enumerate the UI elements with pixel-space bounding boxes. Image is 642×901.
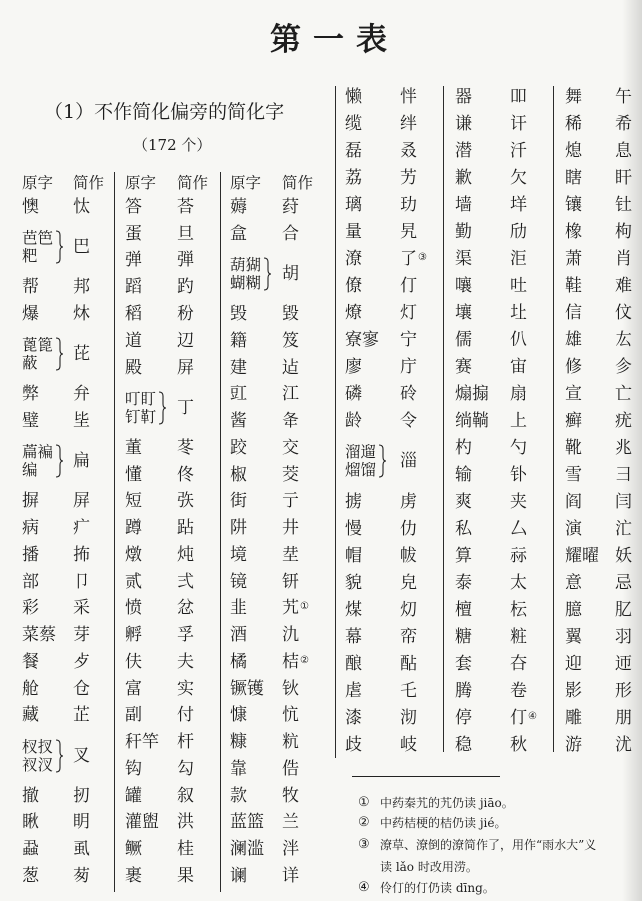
original-chars: 芭笆 — [22, 229, 53, 247]
simplified-char: 宁 — [400, 330, 417, 350]
simplified-char: 趵 — [177, 277, 194, 297]
page-title: 第一表 — [270, 20, 399, 60]
original-char: 靴 — [565, 438, 582, 458]
simplified-char: 桂 — [177, 839, 194, 859]
original-char: 殿 — [125, 358, 142, 378]
simplified-char: 垟 — [510, 195, 527, 215]
simplified-char: 坒 — [73, 411, 90, 431]
original-char: 癣 — [565, 411, 582, 431]
original-char: 渠 — [455, 249, 472, 269]
footnote-text: 读 lǎo 时改用涝。 — [380, 859, 478, 875]
original-chars: 钉靪 — [125, 408, 156, 426]
original-char: 稻 — [125, 304, 142, 324]
simplified-char: 弾 — [177, 250, 194, 270]
original-char: 器 — [455, 87, 472, 107]
original-chars: 杈扠 — [22, 738, 53, 756]
original-char: 燎 — [345, 303, 362, 323]
original-char: 钩 — [125, 759, 142, 779]
original-char: 舞 — [565, 87, 582, 107]
simplified-char: 胡 — [282, 264, 299, 284]
footnote-mark: ② — [300, 655, 309, 666]
simplified-char-text: 艽 — [282, 598, 299, 618]
original-char: 迎 — [565, 654, 582, 674]
simplified-char: 勾 — [177, 759, 194, 779]
original-char: 蝨 — [22, 839, 39, 859]
original-char: 潦 — [345, 249, 362, 269]
simplified-char: 太 — [510, 573, 527, 593]
original-char: 部 — [22, 572, 39, 592]
brace-icon — [158, 391, 167, 425]
footnote-text: 伶仃的仃仍读 dīng。 — [380, 880, 495, 896]
original-char: 罐 — [125, 786, 142, 806]
original-char: 雄 — [565, 330, 582, 350]
simplified-char: 扨 — [73, 786, 90, 806]
original-char: 演 — [565, 519, 582, 539]
simplified-char: 肖 — [615, 249, 632, 269]
original-char: 赛 — [455, 357, 472, 377]
simplified-char: 沋 — [615, 735, 632, 755]
simplified-char: 辺 — [177, 331, 194, 351]
original-char: 谰 — [230, 866, 247, 886]
simplified-char: 芷 — [73, 705, 90, 725]
original-char: 输 — [455, 465, 472, 485]
simplified-char: 果 — [177, 866, 194, 886]
brace-icon — [55, 337, 64, 371]
original-char: 壤 — [455, 303, 472, 323]
original-chars: 蓖篦 — [22, 336, 53, 354]
original-char: 燉 — [125, 545, 142, 565]
original-char: 掳 — [345, 492, 362, 512]
simplified-char: 合 — [282, 224, 299, 244]
original-chars: 溜遛 — [345, 443, 376, 461]
original-char: 籍 — [230, 331, 247, 351]
simplified-char: 井 — [282, 518, 299, 538]
column-divider — [553, 86, 554, 752]
simplified-char: 夻 — [510, 654, 527, 674]
simplified-char: 杆 — [177, 732, 194, 752]
simplified-char: 夹 — [510, 492, 527, 512]
original-char: 贰 — [125, 572, 142, 592]
original-chars: 叮盯 — [125, 390, 156, 408]
simplified-char: 虱 — [73, 839, 90, 859]
simplified-char: 枸 — [615, 222, 632, 242]
original-char: 富 — [125, 679, 142, 699]
simplified-char: 茭 — [282, 465, 299, 485]
original-char: 瞎 — [565, 168, 582, 188]
footnote-mark: ④ — [528, 711, 537, 722]
original-char: 爽 — [455, 492, 472, 512]
simplified-char: 洰 — [510, 249, 527, 269]
header-simplified-3: 简作 — [282, 173, 313, 193]
footnote-text: 中药秦艽的艽仍读 jiāo。 — [380, 795, 514, 811]
original-char: 摒 — [22, 491, 39, 511]
original-char: 愤 — [125, 598, 142, 618]
simplified-char: 上 — [510, 411, 527, 431]
original-char: 懂 — [125, 465, 142, 485]
original-char: 萧 — [565, 249, 582, 269]
simplified-char: 怑 — [400, 87, 417, 107]
original-chars: 葫猢 — [230, 256, 261, 274]
simplified-char: 亡 — [615, 384, 632, 404]
simplified-char: 庁 — [400, 357, 417, 377]
simplified-char: 宙 — [510, 357, 527, 377]
column-divider — [220, 172, 221, 892]
original-char: 龄 — [345, 411, 362, 431]
simplified-char: 苳 — [177, 438, 194, 458]
simplified-char: 皃 — [400, 573, 417, 593]
original-char: 蓝篮 — [230, 812, 264, 832]
original-char: 谦 — [455, 114, 472, 134]
simplified-char: 乇 — [400, 681, 417, 701]
header-simplified-2: 简作 — [177, 173, 208, 193]
simplified-char: 佟 — [177, 465, 194, 485]
simplified-char: 泮 — [282, 839, 299, 859]
simplified-char-text: 桔 — [282, 652, 299, 672]
original-char: 弊 — [22, 384, 39, 404]
simplified-char: 邦 — [73, 277, 90, 297]
original-char: 镶 — [565, 195, 582, 215]
original-char: 蹈 — [125, 277, 142, 297]
original-char: 漆 — [345, 708, 362, 728]
original-char: 雪 — [565, 465, 582, 485]
simplified-char: 吐 — [510, 276, 527, 296]
original-char: 阎 — [565, 492, 582, 512]
simplified-char: 卩 — [73, 572, 90, 592]
simplified-char: 闫 — [615, 492, 632, 512]
table-row-group: 叮盯钉靪丁 — [125, 390, 185, 426]
original-char: 璧 — [22, 411, 39, 431]
table-row-group: 杈扠衩汊叉 — [22, 738, 82, 774]
original-char: 建 — [230, 358, 247, 378]
original-char: 意 — [565, 573, 582, 593]
original-char: 璃 — [345, 195, 362, 215]
original-chars: 熘馏 — [345, 461, 376, 479]
simplified-char: 忼 — [282, 705, 299, 725]
table-row-group: 芭笆粑巴 — [22, 229, 82, 265]
simplified-char: 详 — [282, 866, 299, 886]
simplified-char: 迊 — [615, 654, 632, 674]
simplified-char: 夅 — [282, 411, 299, 431]
header-original-1: 原字 — [22, 173, 53, 193]
original-char: 杓 — [455, 438, 472, 458]
original-char: 葱 — [22, 866, 39, 886]
simplified-char: 巴 — [73, 237, 90, 257]
simplified-char: 欠 — [510, 168, 527, 188]
simplified-char: 仈 — [510, 330, 527, 350]
original-char: 帽 — [345, 546, 362, 566]
original-char: 藏 — [22, 705, 39, 725]
simplified-char: 坓 — [282, 545, 299, 565]
simplified-char: 忲 — [73, 197, 90, 217]
simplified-char: 帟 — [400, 627, 417, 647]
original-char: 橘 — [230, 652, 247, 672]
simplified-char: 玏 — [400, 195, 417, 215]
simplified-char: 芽 — [73, 625, 90, 645]
simplified-char: 岐 — [400, 735, 417, 755]
brace-icon — [55, 230, 64, 264]
original-char: 灌盥 — [125, 812, 159, 832]
original-char: 阱 — [230, 518, 247, 538]
simplified-char: 亍 — [282, 491, 299, 511]
original-char: 道 — [125, 331, 142, 351]
simplified-char: 羽 — [615, 627, 632, 647]
footnote-marker: ① — [358, 795, 370, 811]
original-char: 绱鞝 — [455, 411, 489, 431]
simplified-char: 息 — [615, 141, 632, 161]
footnote-rule — [352, 776, 500, 777]
simplified-char: 秎 — [177, 304, 194, 324]
simplified-char: 圵 — [510, 303, 527, 323]
footnote-marker: ② — [358, 815, 370, 831]
original-char: 答 — [125, 197, 142, 217]
original-char: 境 — [230, 545, 247, 565]
original-char: 嚷 — [455, 276, 472, 296]
original-char: 酿 — [345, 654, 362, 674]
simplified-char: 氿 — [282, 625, 299, 645]
simplified-char: 炑 — [73, 304, 90, 324]
simplified-char: 艽① — [282, 598, 309, 621]
original-char: 澜滥 — [230, 839, 264, 859]
simplified-char: 盰 — [615, 168, 632, 188]
simplified-char: 难 — [615, 276, 632, 296]
original-char: 寮寥 — [345, 330, 379, 350]
original-char: 慷 — [230, 705, 247, 725]
original-char: 歧 — [345, 735, 362, 755]
simplified-char: 粧 — [510, 627, 527, 647]
simplified-char: 钘 — [282, 572, 299, 592]
original-char: 餐 — [22, 652, 39, 672]
original-char: 镜 — [230, 572, 247, 592]
original-char: 薅 — [230, 197, 247, 217]
column-divider — [114, 172, 115, 892]
simplified-char: 午 — [615, 87, 632, 107]
simplified-char: 抪 — [73, 545, 90, 565]
original-char: 虐 — [345, 681, 362, 701]
simplified-char: 矤 — [177, 491, 194, 511]
simplified-char: 旦 — [177, 224, 194, 244]
column-divider — [335, 86, 336, 758]
original-char: 慢 — [345, 519, 362, 539]
simplified-char: 妖 — [615, 546, 632, 566]
simplified-char: 伩 — [615, 303, 632, 323]
simplified-char: 劤 — [510, 222, 527, 242]
simplified-char: 仃 — [400, 276, 417, 296]
original-char: 幕 — [345, 627, 362, 647]
simplified-char: 艻 — [400, 168, 417, 188]
simplified-char: 仃④ — [510, 708, 537, 731]
original-char: 私 — [455, 519, 472, 539]
original-chars: 编 — [22, 461, 38, 479]
original-chars: 粑 — [22, 247, 38, 265]
original-char: 靠 — [230, 759, 247, 779]
simplified-char: 交 — [282, 438, 299, 458]
original-char: 儒 — [455, 330, 472, 350]
original-char: 影 — [565, 681, 582, 701]
original-char: 街 — [230, 491, 247, 511]
table-row-group: 蓖篦蔽芘 — [22, 336, 82, 372]
simplified-char: 忿 — [177, 598, 194, 618]
header-original-3: 原字 — [230, 173, 261, 193]
simplified-char: 仓 — [73, 679, 90, 699]
simplified-char: 讦 — [510, 114, 527, 134]
simplified-char: 桔② — [282, 652, 309, 675]
original-char: 檀 — [455, 600, 472, 620]
original-chars: 蔽 — [22, 354, 38, 372]
original-char: 墙 — [455, 195, 472, 215]
simplified-char: 忌 — [615, 573, 632, 593]
simplified-char: 枟 — [510, 600, 527, 620]
original-char: 裹 — [125, 866, 142, 886]
original-char: 播 — [22, 545, 39, 565]
simplified-char: 俈 — [282, 759, 299, 779]
original-char: 煽搧 — [455, 384, 489, 404]
simplified-char: 厷 — [615, 330, 632, 350]
original-char: 游 — [565, 735, 582, 755]
original-char: 椒 — [230, 465, 247, 485]
column-divider — [443, 86, 444, 752]
simplified-char: 眀 — [73, 812, 90, 832]
header-original-2: 原字 — [125, 173, 156, 193]
original-char: 孵 — [125, 625, 142, 645]
original-char: 量 — [345, 222, 362, 242]
original-char: 耀曜 — [565, 546, 599, 566]
original-char: 豇 — [230, 384, 247, 404]
simplified-char: 炖 — [177, 545, 194, 565]
original-char: 帮 — [22, 277, 39, 297]
simplified-char: 彐 — [615, 465, 632, 485]
footnote-marker: ③ — [358, 837, 370, 853]
simplified-char: 厶 — [510, 519, 527, 539]
original-char: 廖 — [345, 357, 362, 377]
original-char: 跤 — [230, 438, 247, 458]
footnote-mark: ③ — [418, 252, 427, 263]
original-char: 爆 — [22, 304, 39, 324]
simplified-char: 㐱 — [615, 357, 632, 377]
simplified-char: 秋 — [510, 735, 527, 755]
simplified-char: 荮 — [282, 197, 299, 217]
original-chars: 蝴糊 — [230, 274, 261, 292]
original-char: 貌 — [345, 573, 362, 593]
simplified-char: 叙 — [177, 786, 194, 806]
simplified-char: 叉 — [73, 746, 90, 766]
simplified-char: 屏 — [73, 491, 90, 511]
section-count: （172 个） — [133, 135, 211, 155]
simplified-char: 吅 — [510, 87, 527, 107]
original-char: 套 — [455, 654, 472, 674]
footnote-text: 中药桔梗的桔仍读 jié。 — [380, 815, 506, 831]
original-chars: 衩汊 — [22, 756, 53, 774]
simplified-char: 钍 — [615, 195, 632, 215]
original-char: 算 — [455, 546, 472, 566]
simplified-char: 卷 — [510, 681, 527, 701]
original-char: 缆 — [345, 114, 362, 134]
section-heading: （1）不作简化偏旁的简化字 — [44, 100, 284, 124]
simplified-char: 芘 — [73, 344, 90, 364]
original-char: 舱 — [22, 679, 39, 699]
original-char: 糖 — [455, 627, 472, 647]
original-char: 停 — [455, 708, 472, 728]
simplified-char: 勺 — [510, 438, 527, 458]
simplified-char: 荅 — [177, 197, 194, 217]
original-char: 撤 — [22, 786, 39, 806]
simplified-char: 希 — [615, 114, 632, 134]
original-char: 稀 — [565, 114, 582, 134]
original-char: 僚 — [345, 276, 362, 296]
original-char: 酒 — [230, 625, 247, 645]
simplified-char: 迠 — [282, 358, 299, 378]
original-char: 款 — [230, 786, 247, 806]
simplified-char: 疣 — [615, 411, 632, 431]
simplified-char: 孚 — [177, 625, 194, 645]
simplified-char: 砱 — [400, 384, 417, 404]
simplified-char: 汒 — [615, 519, 632, 539]
original-char: 雕 — [565, 708, 582, 728]
original-char: 鞋 — [565, 276, 582, 296]
simplified-char: 旯 — [400, 222, 417, 242]
original-char: 熄 — [565, 141, 582, 161]
footnote-text: 潦草、潦倒的潦简作了，用作“雨水大”义 — [380, 837, 596, 853]
brace-icon — [263, 257, 272, 291]
simplified-char: 笈 — [282, 331, 299, 351]
simplified-char: 沏 — [400, 708, 417, 728]
original-char: 蹲 — [125, 518, 142, 538]
original-chars: 萹褊 — [22, 443, 53, 461]
simplified-char: 跕 — [177, 518, 194, 538]
simplified-char: 弁 — [73, 384, 90, 404]
simplified-char: 帗 — [400, 546, 417, 566]
simplified-char: 实 — [177, 679, 194, 699]
original-char: 董 — [125, 438, 142, 458]
simplified-char: 江 — [282, 384, 299, 404]
original-char: 毁 — [230, 304, 247, 324]
original-char: 潜 — [455, 141, 472, 161]
simplified-char: 钬 — [282, 679, 299, 699]
simplified-char: 淄 — [400, 451, 417, 471]
footnote-mark: ① — [300, 601, 309, 612]
simplified-char: 祘 — [510, 546, 527, 566]
simplified-char: 灱 — [400, 600, 417, 620]
simplified-char: 歺 — [73, 652, 90, 672]
simplified-char: 付 — [177, 705, 194, 725]
brace-icon — [55, 739, 64, 773]
simplified-char-text: 了 — [400, 249, 417, 269]
simplified-char: 朋 — [615, 708, 632, 728]
simplified-char: 兆 — [615, 438, 632, 458]
simplified-char: 采 — [73, 598, 90, 618]
simplified-char: 弍 — [177, 572, 194, 592]
original-char: 橡 — [565, 222, 582, 242]
original-char: 磷 — [345, 384, 362, 404]
simplified-char: 扁 — [73, 451, 90, 471]
brace-icon — [55, 444, 64, 478]
original-char: 弹 — [125, 250, 142, 270]
original-char: 翼 — [565, 627, 582, 647]
original-char: 稳 — [455, 735, 472, 755]
simplified-char: 茐 — [73, 866, 90, 886]
simplified-char: 汘 — [510, 141, 527, 161]
original-char: 盒 — [230, 224, 247, 244]
original-char: 短 — [125, 491, 142, 511]
simplified-char: 洪 — [177, 812, 194, 832]
simplified-char: 钋 — [510, 465, 527, 485]
simplified-char-text: 仃 — [510, 708, 527, 728]
original-char: 腾 — [455, 681, 472, 701]
simplified-char: 毀 — [282, 304, 299, 324]
footnote-marker: ④ — [358, 880, 370, 896]
original-char: 韭 — [230, 598, 247, 618]
simplified-char: 绊 — [400, 114, 417, 134]
original-char: 信 — [565, 303, 582, 323]
